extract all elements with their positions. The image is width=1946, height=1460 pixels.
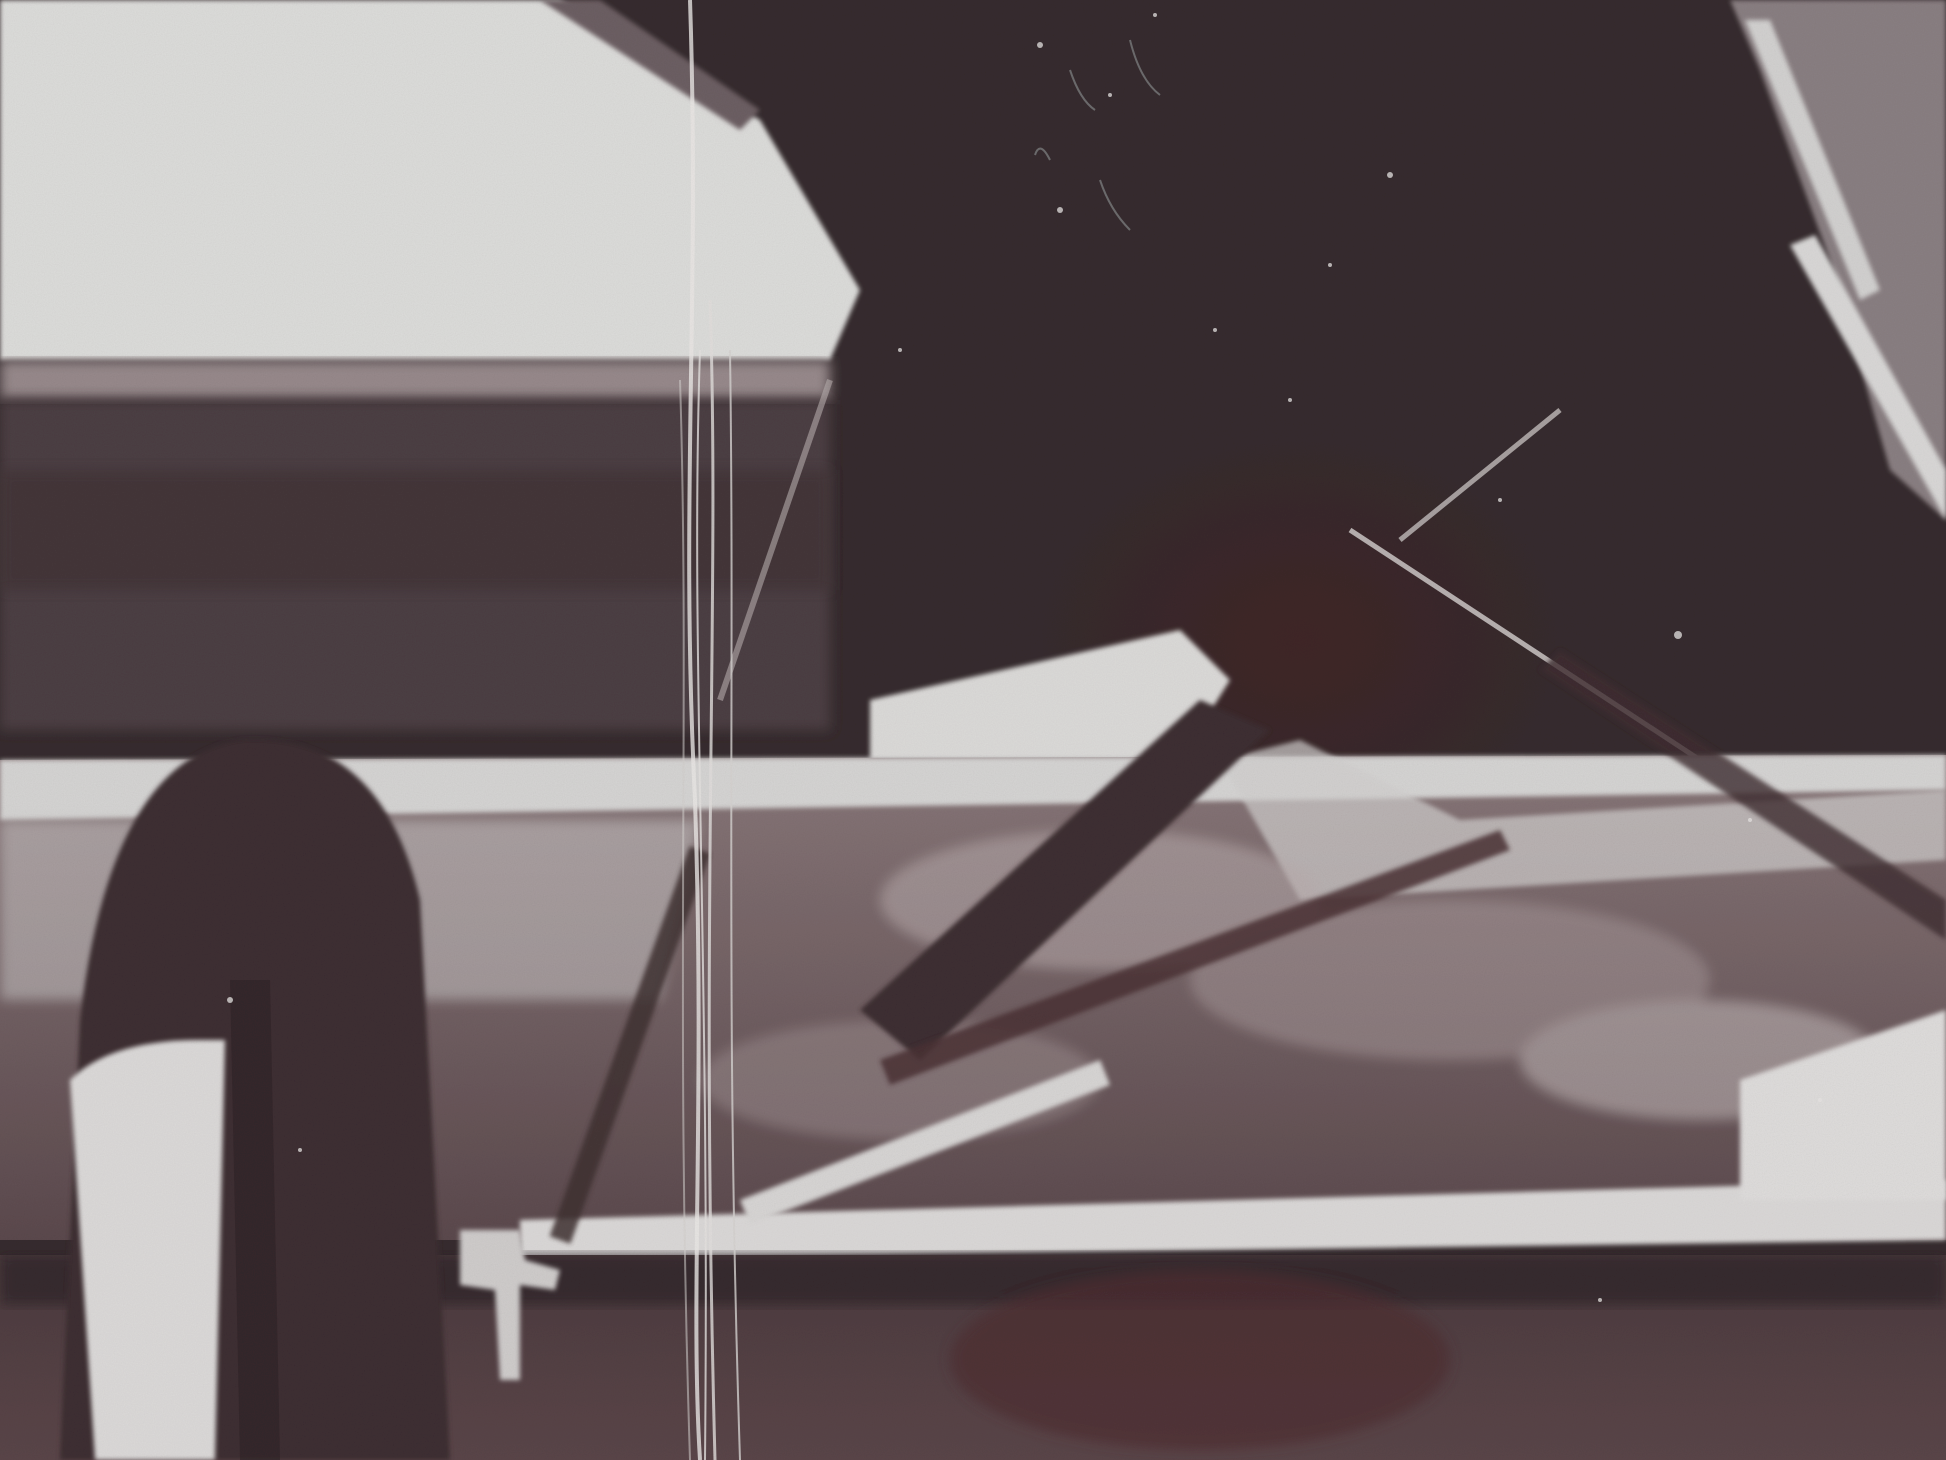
photo-canvas [0, 0, 1946, 1460]
sepia-photograph [0, 0, 1946, 1460]
